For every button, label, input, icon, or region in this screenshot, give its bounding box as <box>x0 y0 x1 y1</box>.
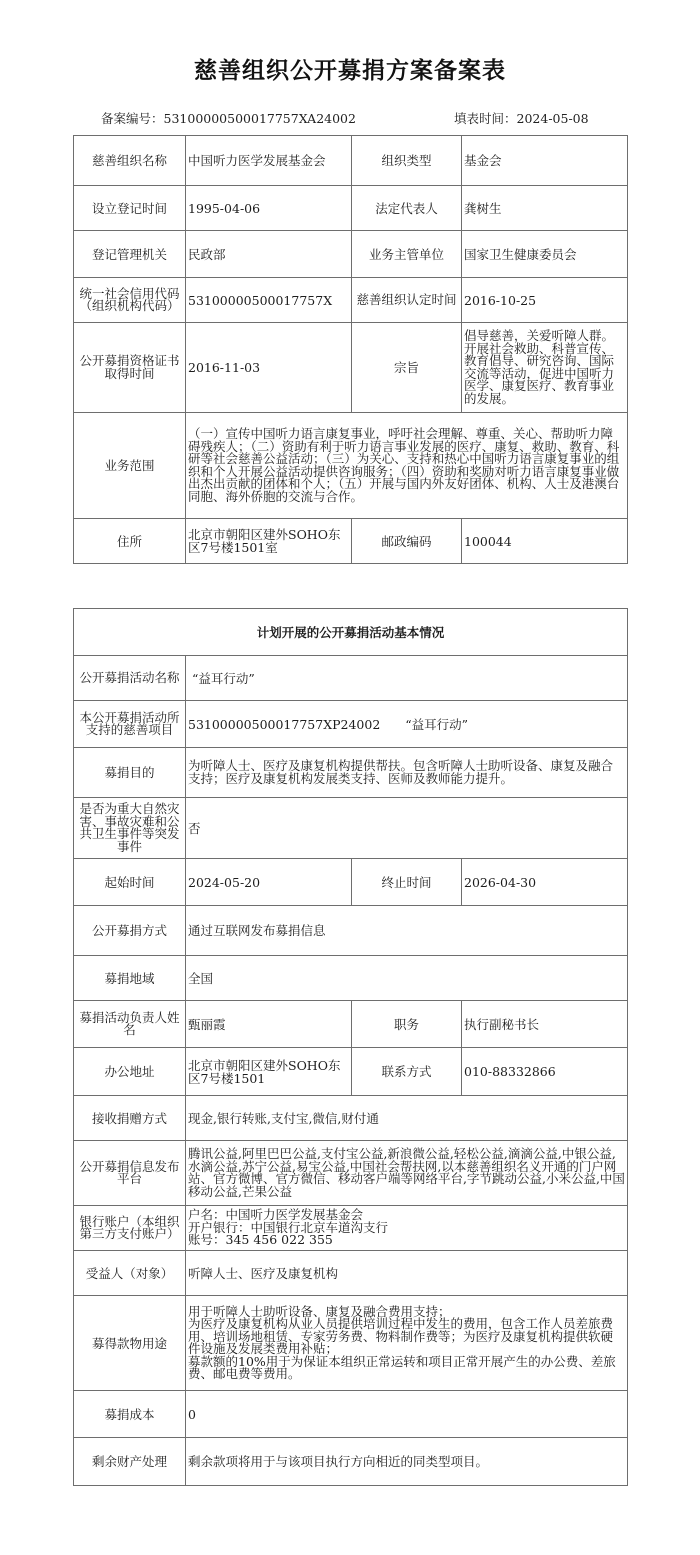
registration-authority-value: 民政部 <box>186 231 352 278</box>
region-value: 全国 <box>186 956 628 1001</box>
table-row: 剩余财产处理 剩余款项将用于与该项目执行方向相近的同类型项目。 <box>74 1438 628 1486</box>
fill-date: 填表时间：2024-05-08 <box>454 109 589 127</box>
emergency-label: 是否为重大自然灾害、事故灾难和公共卫生事件等突发事件 <box>74 798 186 859</box>
table-row: 募捐目的 为听障人士、医疗及康复机构提供帮扶。包含听障人士助听设备、康复及融合支… <box>74 748 628 798</box>
registration-date-value: 1995-04-06 <box>186 186 352 231</box>
table-row: 设立登记时间 1995-04-06 法定代表人 龚树生 <box>74 186 628 231</box>
fill-date-label: 填表时间： <box>454 111 517 126</box>
start-date-value: 2024-05-20 <box>186 859 352 906</box>
table-row: 计划开展的公开募捐活动基本情况 <box>74 609 628 656</box>
business-scope-value: （一）宣传中国听力语言康复事业，呼吁社会理解、尊重、关心、帮助听力障碍残疾人；（… <box>186 413 628 519</box>
supervisor-label: 业务主管单位 <box>352 231 462 278</box>
table-row: 银行账户（本组织第三方支付账户） 户名：中国听力医学发展基金会 开户银行：中国银… <box>74 1206 628 1251</box>
org-type-label: 组织类型 <box>352 136 462 186</box>
postcode-value: 100044 <box>462 519 628 564</box>
position-label: 职务 <box>352 1001 462 1048</box>
mission-value: 倡导慈善，关爱听障人群。开展社会救助、科普宣传、教育倡导、研究咨询、国际交流等活… <box>462 323 628 413</box>
mission-label: 宗旨 <box>352 323 462 413</box>
table-row: 住所 北京市朝阳区建外SOHO东区7号楼1501室 邮政编码 100044 <box>74 519 628 564</box>
donation-methods-value: 现金,银行转账,支付宝,微信,财付通 <box>186 1096 628 1141</box>
bank-account-label: 银行账户（本组织第三方支付账户） <box>74 1206 186 1251</box>
legal-rep-value: 龚树生 <box>462 186 628 231</box>
emergency-value: 否 <box>186 798 628 859</box>
region-label: 募捐地域 <box>74 956 186 1001</box>
method-value: 通过互联网发布募捐信息 <box>186 906 628 956</box>
office-value: 北京市朝阳区建外SOHO东区7号楼1501 <box>186 1048 352 1096</box>
table-row: 募得款物用途 用于听障人士助听设备、康复及融合费用支持； 为医疗及康复机构从业人… <box>74 1296 628 1391</box>
legal-rep-label: 法定代表人 <box>352 186 462 231</box>
donation-methods-label: 接收捐赠方式 <box>74 1096 186 1141</box>
org-name-label: 慈善组织名称 <box>74 136 186 186</box>
fundraising-cert-date-label: 公开募捐资格证书取得时间 <box>74 323 186 413</box>
table-row: 业务范围 （一）宣传中国听力语言康复事业，呼吁社会理解、尊重、关心、帮助听力障碍… <box>74 413 628 519</box>
table-row: 公开募捐活动名称 “益耳行动” <box>74 656 628 701</box>
table-row: 公开募捐信息发布平台 腾讯公益,阿里巴巴公益,支付宝公益,新浪微公益,轻松公益,… <box>74 1141 628 1206</box>
org-type-value: 基金会 <box>462 136 628 186</box>
method-label: 公开募捐方式 <box>74 906 186 956</box>
campaign-name-value: “益耳行动” <box>186 656 628 701</box>
table-row: 办公地址 北京市朝阳区建外SOHO东区7号楼1501 联系方式 010-8833… <box>74 1048 628 1096</box>
leader-label: 募捐活动负责人姓名 <box>74 1001 186 1048</box>
platforms-label: 公开募捐信息发布平台 <box>74 1141 186 1206</box>
credit-code-label: 统一社会信用代码（组织机构代码） <box>74 278 186 323</box>
fundraising-cert-date-value: 2016-11-03 <box>186 323 352 413</box>
table-row: 公开募捐资格证书取得时间 2016-11-03 宗旨 倡导慈善，关爱听障人群。开… <box>74 323 628 413</box>
certification-date-label: 慈善组织认定时间 <box>352 278 462 323</box>
table-row: 登记管理机关 民政部 业务主管单位 国家卫生健康委员会 <box>74 231 628 278</box>
project-value: 53100000500017757XP24002 “益耳行动” <box>186 701 628 748</box>
table-row: 募捐地域 全国 <box>74 956 628 1001</box>
campaign-table: 计划开展的公开募捐活动基本情况 公开募捐活动名称 “益耳行动” 本公开募捐活动所… <box>73 608 628 1486</box>
certification-date-value: 2016-10-25 <box>462 278 628 323</box>
start-date-label: 起始时间 <box>74 859 186 906</box>
beneficiary-value: 听障人士、医疗及康复机构 <box>186 1251 628 1296</box>
purpose-label: 募捐目的 <box>74 748 186 798</box>
project-label: 本公开募捐活动所支持的慈善项目 <box>74 701 186 748</box>
postcode-label: 邮政编码 <box>352 519 462 564</box>
table-row: 受益人（对象） 听障人士、医疗及康复机构 <box>74 1251 628 1296</box>
registration-authority-label: 登记管理机关 <box>74 231 186 278</box>
record-number-label: 备案编号： <box>101 111 164 126</box>
campaign-name-label: 公开募捐活动名称 <box>74 656 186 701</box>
org-name-value: 中国听力医学发展基金会 <box>186 136 352 186</box>
record-number-value: 53100000500017757XA24002 <box>164 111 356 126</box>
address-label: 住所 <box>74 519 186 564</box>
registration-date-label: 设立登记时间 <box>74 186 186 231</box>
bank-account-value: 户名：中国听力医学发展基金会 开户银行：中国银行北京车道沟支行 账号：345 4… <box>186 1206 628 1251</box>
office-label: 办公地址 <box>74 1048 186 1096</box>
table-row: 是否为重大自然灾害、事故灾难和公共卫生事件等突发事件 否 <box>74 798 628 859</box>
leader-value: 甄丽霞 <box>186 1001 352 1048</box>
credit-code-value: 53100000500017757X <box>186 278 352 323</box>
surplus-value: 剩余款项将用于与该项目执行方向相近的同类型项目。 <box>186 1438 628 1486</box>
table-row: 慈善组织名称 中国听力医学发展基金会 组织类型 基金会 <box>74 136 628 186</box>
table-row: 募捐成本 0 <box>74 1391 628 1438</box>
end-date-label: 终止时间 <box>352 859 462 906</box>
supervisor-value: 国家卫生健康委员会 <box>462 231 628 278</box>
usage-label: 募得款物用途 <box>74 1296 186 1391</box>
record-number: 备案编号：53100000500017757XA24002 <box>101 109 356 127</box>
cost-label: 募捐成本 <box>74 1391 186 1438</box>
document-title: 慈善组织公开募捐方案备案表 <box>0 52 700 85</box>
platforms-value: 腾讯公益,阿里巴巴公益,支付宝公益,新浪微公益,轻松公益,滴滴公益,中银公益,水… <box>186 1141 628 1206</box>
table-row: 募捐活动负责人姓名 甄丽霞 职务 执行副秘书长 <box>74 1001 628 1048</box>
surplus-label: 剩余财产处理 <box>74 1438 186 1486</box>
table-row: 统一社会信用代码（组织机构代码） 53100000500017757X 慈善组织… <box>74 278 628 323</box>
position-value: 执行副秘书长 <box>462 1001 628 1048</box>
section-title: 计划开展的公开募捐活动基本情况 <box>74 609 628 656</box>
beneficiary-label: 受益人（对象） <box>74 1251 186 1296</box>
purpose-value: 为听障人士、医疗及康复机构提供帮扶。包含听障人士助听设备、康复及融合支持；医疗及… <box>186 748 628 798</box>
end-date-value: 2026-04-30 <box>462 859 628 906</box>
fill-date-value: 2024-05-08 <box>517 111 589 126</box>
table-row: 本公开募捐活动所支持的慈善项目 53100000500017757XP24002… <box>74 701 628 748</box>
contact-value: 010-88332866 <box>462 1048 628 1096</box>
table-row: 起始时间 2024-05-20 终止时间 2026-04-30 <box>74 859 628 906</box>
contact-label: 联系方式 <box>352 1048 462 1096</box>
org-info-table: 慈善组织名称 中国听力医学发展基金会 组织类型 基金会 设立登记时间 1995-… <box>73 135 628 564</box>
business-scope-label: 业务范围 <box>74 413 186 519</box>
table-row: 公开募捐方式 通过互联网发布募捐信息 <box>74 906 628 956</box>
cost-value: 0 <box>186 1391 628 1438</box>
address-value: 北京市朝阳区建外SOHO东区7号楼1501室 <box>186 519 352 564</box>
usage-value: 用于听障人士助听设备、康复及融合费用支持； 为医疗及康复机构从业人员提供培训过程… <box>186 1296 628 1391</box>
table-row: 接收捐赠方式 现金,银行转账,支付宝,微信,财付通 <box>74 1096 628 1141</box>
